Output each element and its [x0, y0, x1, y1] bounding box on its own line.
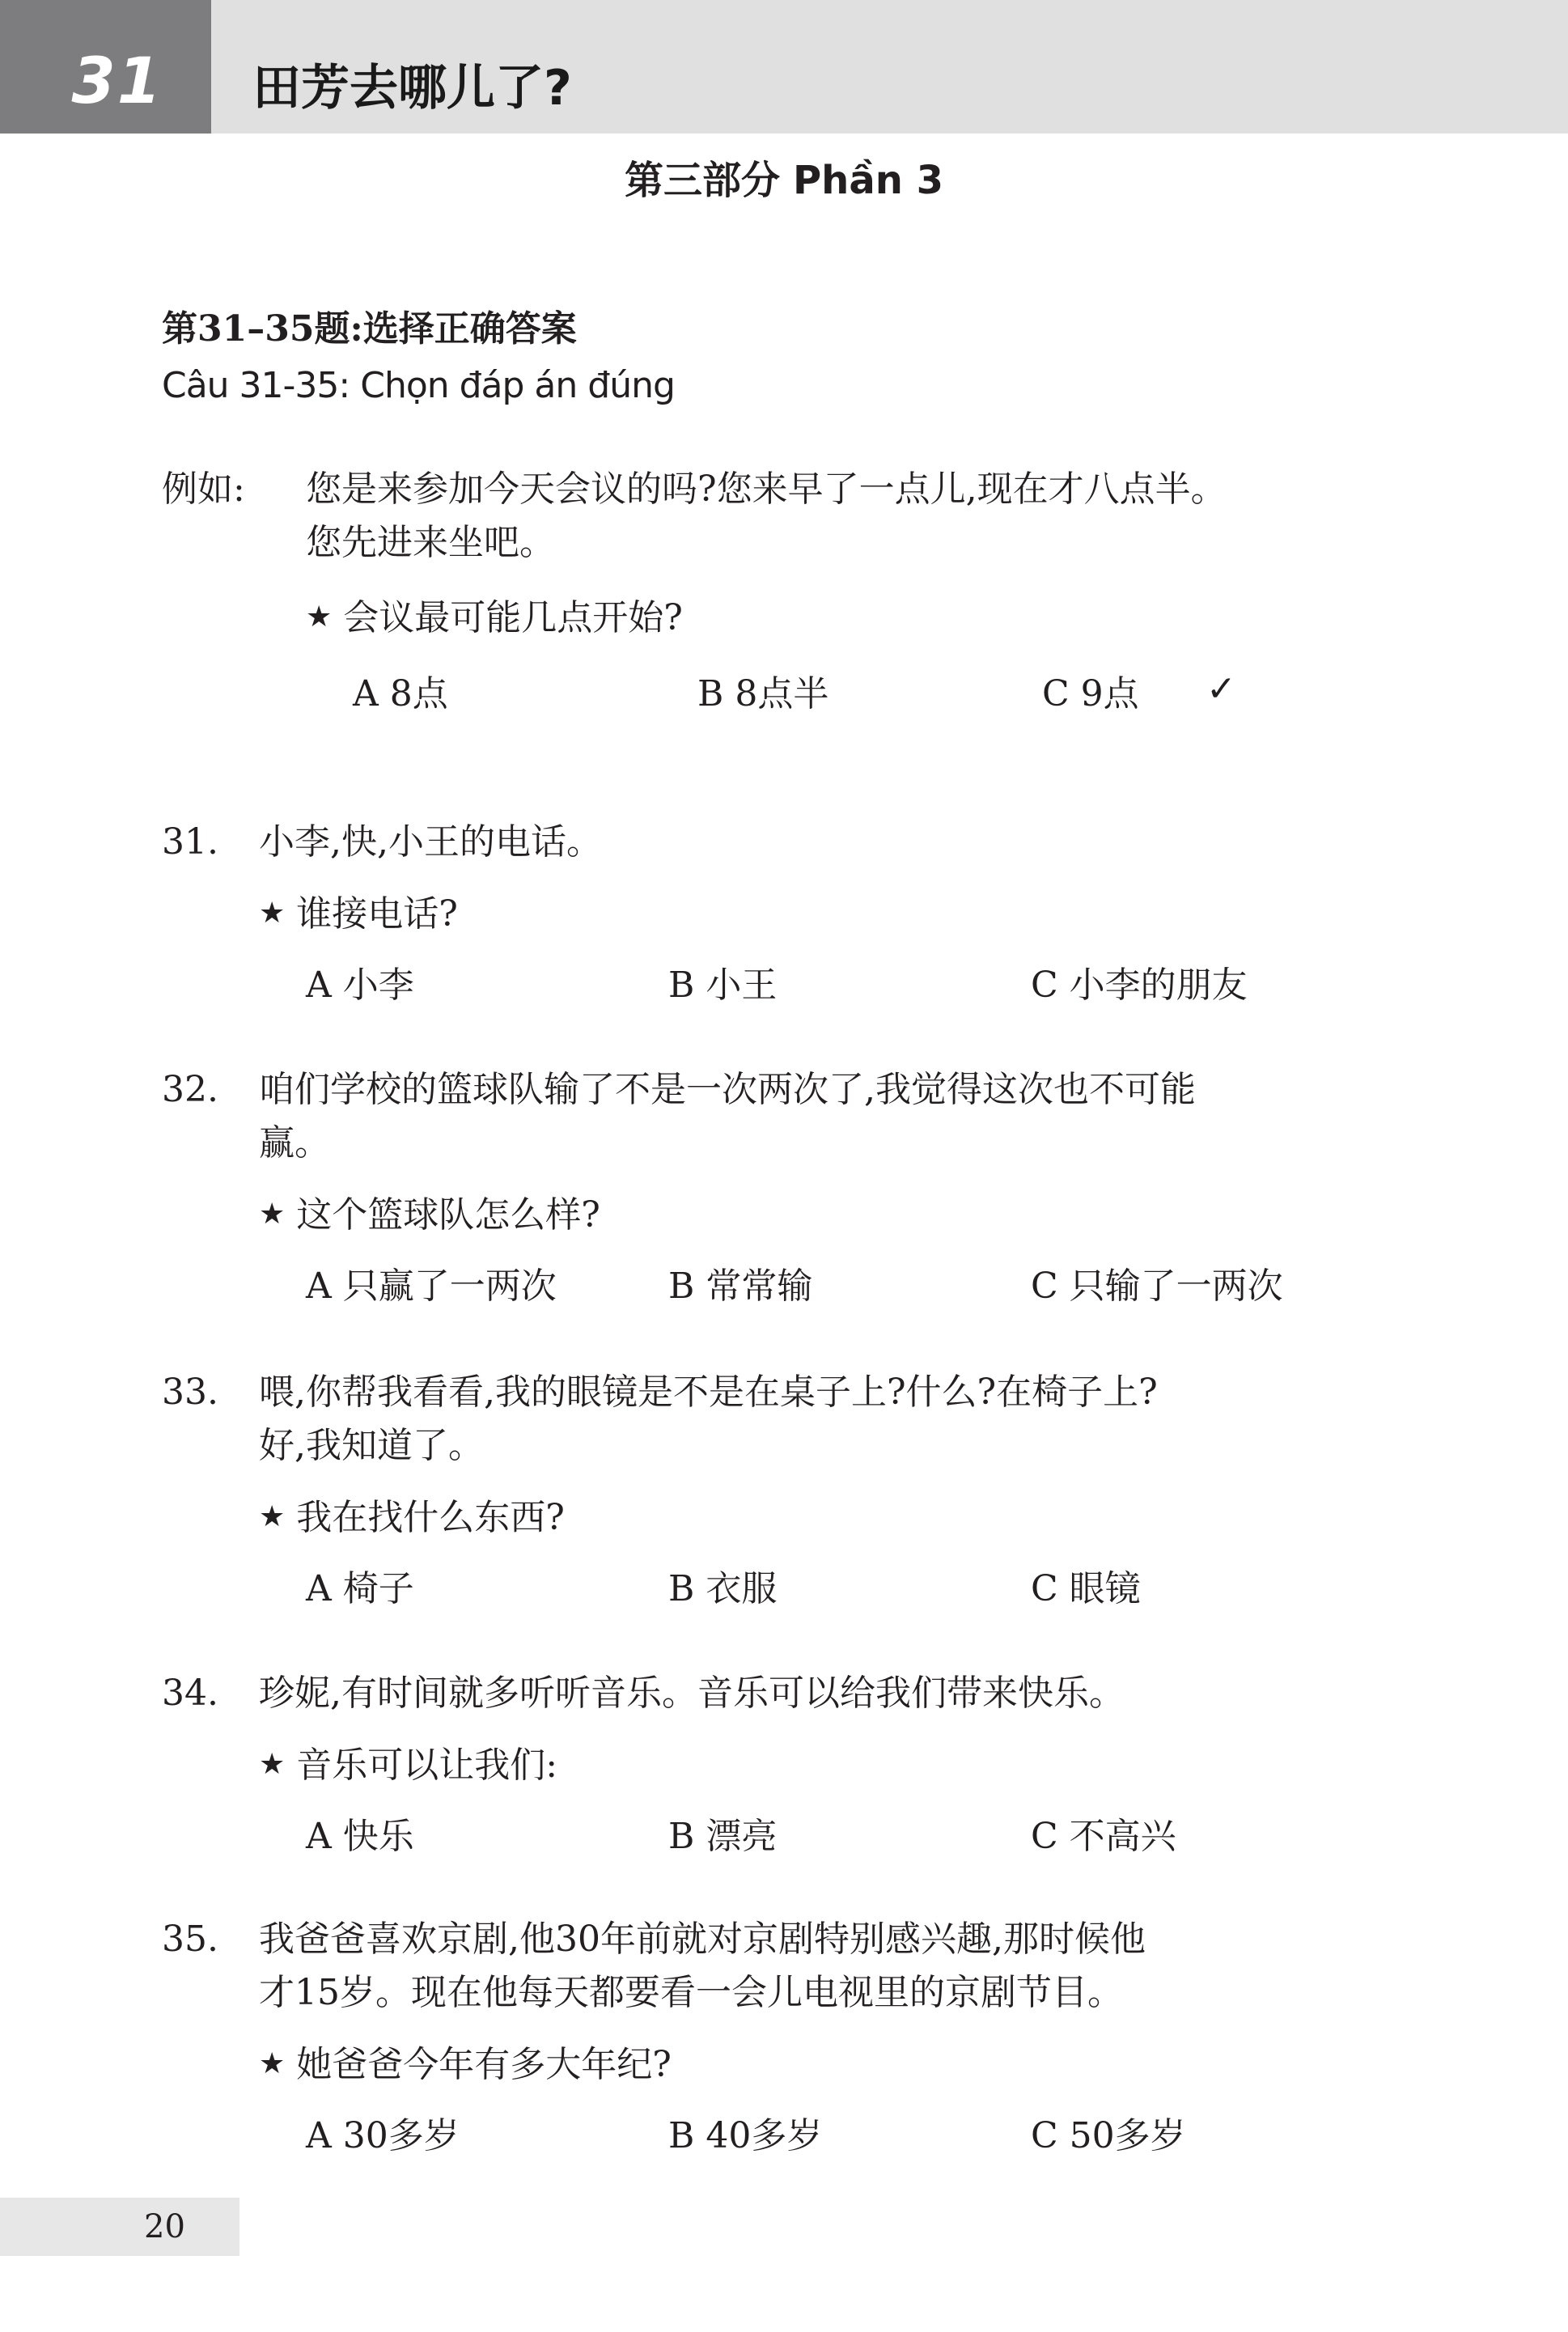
option-text: 40多岁 [706, 2115, 822, 2156]
option-b[interactable]: B 8点半 [697, 668, 828, 721]
passage-line: 喂,你帮我看看,我的眼镜是不是在桌子上?什么?在椅子上? [259, 1366, 1408, 1419]
question-number: 31. [162, 816, 218, 869]
option-text: 只赢了一两次 [343, 1266, 557, 1307]
option-letter: B [668, 965, 694, 1006]
option-a[interactable]: A 椅子 [306, 1562, 414, 1616]
chapter-number: 31 [71, 50, 163, 113]
passage-line: 您先进来坐吧。 [306, 516, 1406, 570]
question-item-33: 33. 喂,你帮我看看,我的眼镜是不是在桌子上?什么?在椅子上? 好,我知道了。… [162, 1366, 1424, 1616]
option-letter: A [306, 1568, 332, 1609]
question-passage: 小李,快,小王的电话。 [259, 816, 1408, 869]
option-letter: A [353, 673, 379, 714]
option-b[interactable]: B 漂亮 [668, 1810, 777, 1863]
option-letter: A [306, 965, 332, 1006]
star-icon: ★ [259, 1198, 285, 1231]
question-prompt: ★谁接电话? [259, 887, 1424, 941]
option-a[interactable]: A 小李 [306, 959, 414, 1012]
passage-line: 好,我知道了。 [259, 1419, 1408, 1473]
option-text: 椅子 [343, 1568, 414, 1609]
option-text: 8点 [390, 673, 448, 714]
instructions-zh: 第31–35题:选择正确答案 [162, 301, 675, 358]
question-passage: 珍妮,有时间就多听听音乐。音乐可以给我们带来快乐。 [259, 1667, 1408, 1720]
option-letter: C [1031, 1266, 1058, 1307]
option-text: 快乐 [343, 1816, 414, 1857]
option-text: 漂亮 [706, 1816, 777, 1857]
example-options: A 8点 B 8点半 C 9点 ✓ [353, 668, 1424, 721]
option-c[interactable]: C 只输了一两次 [1031, 1260, 1283, 1313]
page-number: 20 [144, 2206, 185, 2248]
question-options: A 30多岁 B 40多岁 C 50多岁 [306, 2109, 1424, 2163]
passage-line: 赢。 [259, 1117, 1408, 1170]
star-icon: ★ [259, 1500, 285, 1533]
question-number: 33. [162, 1366, 218, 1419]
section-title-vn: Phần 3 [793, 158, 943, 203]
option-a[interactable]: A 快乐 [306, 1810, 414, 1863]
option-b[interactable]: B 常常输 [668, 1260, 812, 1313]
star-icon: ★ [259, 2047, 285, 2080]
example-item: 例如: 您是来参加今天会议的吗?您来早了一点儿,现在才八点半。 您先进来坐吧。 … [162, 463, 1424, 721]
question-item-31: 31. 小李,快,小王的电话。 ★谁接电话? A 小李 B 小王 C 小李的朋友 [162, 816, 1424, 1012]
option-text: 只输了一两次 [1070, 1266, 1283, 1307]
option-text: 常常输 [706, 1266, 812, 1307]
star-icon: ★ [306, 600, 332, 634]
question-options: A 只赢了一两次 B 常常输 C 只输了一两次 [306, 1260, 1424, 1313]
passage-line: 咱们学校的篮球队输了不是一次两次了,我觉得这次也不可能 [259, 1063, 1408, 1117]
question-prompt: ★音乐可以让我们: [259, 1738, 1424, 1792]
option-text: 8点半 [735, 673, 828, 714]
option-letter: C [1031, 1816, 1058, 1857]
option-text: 30多岁 [343, 2115, 460, 2156]
star-icon: ★ [259, 897, 285, 930]
question-options: A 快乐 B 漂亮 C 不高兴 [306, 1810, 1424, 1863]
chapter-title: 田芳去哪儿了? [212, 0, 572, 134]
question-options: A 小李 B 小王 C 小李的朋友 [306, 959, 1424, 1012]
option-text: 小王 [706, 965, 777, 1006]
option-text: 9点 [1081, 673, 1139, 714]
example-passage: 您是来参加今天会议的吗?您来早了一点儿,现在才八点半。 您先进来坐吧。 [306, 463, 1406, 570]
question-item-32: 32. 咱们学校的篮球队输了不是一次两次了,我觉得这次也不可能 赢。 ★这个篮球… [162, 1063, 1424, 1313]
option-a[interactable]: A 8点 [353, 668, 448, 721]
question-item-35: 35. 我爸爸喜欢京剧,他30年前就对京剧特别感兴趣,那时候他 才15岁。现在他… [162, 1913, 1424, 2163]
option-b[interactable]: B 衣服 [668, 1562, 777, 1616]
option-text: 小李 [343, 965, 414, 1006]
star-icon: ★ [259, 1748, 285, 1781]
option-letter: C [1031, 2115, 1058, 2156]
question-text: 她爸爸今年有多大年纪? [296, 2044, 672, 2085]
question-passage: 咱们学校的篮球队输了不是一次两次了,我觉得这次也不可能 赢。 [259, 1063, 1408, 1170]
question-text: 音乐可以让我们: [296, 1745, 557, 1786]
checkmark-icon: ✓ [1206, 663, 1236, 716]
option-letter: B [668, 1568, 694, 1609]
passage-line: 才15岁。现在他每天都要看一会儿电视里的京剧节目。 [259, 1966, 1408, 2020]
option-text: 眼镜 [1070, 1568, 1141, 1609]
option-c[interactable]: C 小李的朋友 [1031, 959, 1248, 1012]
option-letter: B [668, 1816, 694, 1857]
page-number-box: 20 [0, 2198, 239, 2256]
option-c[interactable]: C 眼镜 [1031, 1562, 1141, 1616]
option-a[interactable]: A 只赢了一两次 [306, 1260, 557, 1313]
option-letter: A [306, 1816, 332, 1857]
option-letter: B [668, 2115, 694, 2156]
instructions: 第31–35题:选择正确答案 Câu 31-35: Chọn đáp án đú… [162, 301, 675, 414]
question-passage: 我爸爸喜欢京剧,他30年前就对京剧特别感兴趣,那时候他 才15岁。现在他每天都要… [259, 1913, 1408, 2020]
option-text: 50多岁 [1070, 2115, 1186, 2156]
passage-line: 珍妮,有时间就多听听音乐。音乐可以给我们带来快乐。 [259, 1667, 1408, 1720]
option-c[interactable]: C 9点 [1042, 668, 1139, 721]
question-text: 会议最可能几点开始? [343, 597, 683, 638]
question-prompt: ★我在找什么东西? [259, 1490, 1424, 1545]
chapter-number-block: 31 [0, 0, 211, 134]
example-label: 例如: [162, 463, 245, 516]
option-letter: B [668, 1266, 694, 1307]
question-text: 这个篮球队怎么样? [296, 1194, 600, 1236]
option-c[interactable]: C 50多岁 [1031, 2109, 1186, 2163]
option-c[interactable]: C 不高兴 [1031, 1810, 1176, 1863]
option-text: 不高兴 [1070, 1816, 1176, 1857]
option-a[interactable]: A 30多岁 [306, 2109, 460, 2163]
question-passage: 喂,你帮我看看,我的眼镜是不是在桌子上?什么?在椅子上? 好,我知道了。 [259, 1366, 1408, 1473]
section-title-zh: 第三部分 [625, 158, 780, 203]
question-number: 32. [162, 1063, 218, 1117]
example-question: ★会议最可能几点开始? [306, 591, 1424, 645]
option-b[interactable]: B 40多岁 [668, 2109, 822, 2163]
question-prompt: ★她爸爸今年有多大年纪? [259, 2037, 1424, 2092]
passage-line: 我爸爸喜欢京剧,他30年前就对京剧特别感兴趣,那时候他 [259, 1913, 1408, 1966]
option-letter: C [1031, 965, 1058, 1006]
option-letter: B [697, 673, 723, 714]
passage-line: 您是来参加今天会议的吗?您来早了一点儿,现在才八点半。 [306, 463, 1406, 516]
passage-line: 小李,快,小王的电话。 [259, 816, 1408, 869]
question-item-34: 34. 珍妮,有时间就多听听音乐。音乐可以给我们带来快乐。 ★音乐可以让我们: … [162, 1667, 1424, 1863]
question-text: 我在找什么东西? [296, 1497, 565, 1538]
question-options: A 椅子 B 衣服 C 眼镜 [306, 1562, 1424, 1616]
option-letter: A [306, 1266, 332, 1307]
option-letter: A [306, 2115, 332, 2156]
option-text: 衣服 [706, 1568, 777, 1609]
question-number: 34. [162, 1667, 218, 1720]
question-number: 35. [162, 1913, 218, 1966]
instructions-vn: Câu 31-35: Chọn đáp án đúng [162, 358, 675, 414]
option-letter: C [1031, 1568, 1058, 1609]
option-b[interactable]: B 小王 [668, 959, 777, 1012]
question-text: 谁接电话? [296, 893, 458, 935]
section-title: 第三部分Phần 3 [0, 152, 1568, 209]
question-prompt: ★这个篮球队怎么样? [259, 1188, 1424, 1242]
option-letter: C [1042, 673, 1070, 714]
option-text: 小李的朋友 [1070, 965, 1248, 1006]
